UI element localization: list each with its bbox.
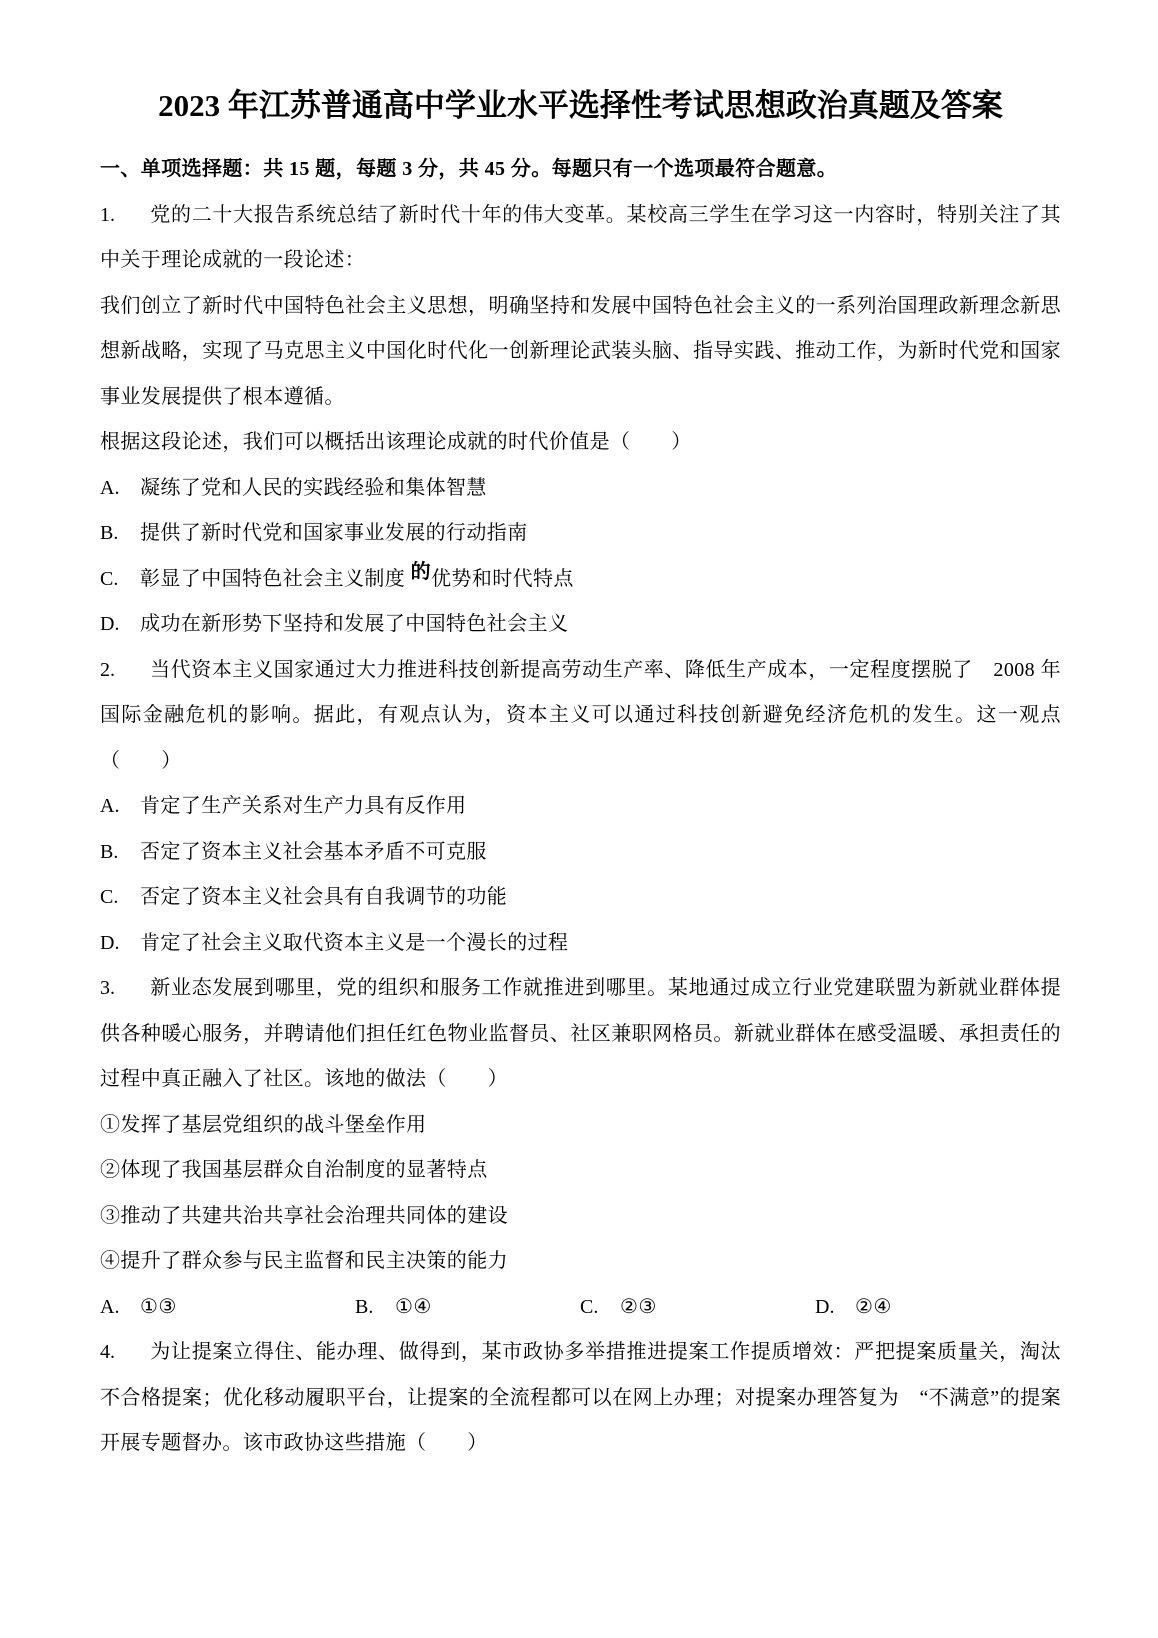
option-label: C. — [100, 557, 140, 603]
question-3-stem: 3.新业态发展到哪里，党的组织和服务工作就推进到哪里。某地通过成立行业党建联盟为… — [100, 966, 1061, 1103]
question-1-number: 1. — [100, 193, 150, 239]
choice-label: B. — [355, 1285, 395, 1331]
section-heading: 一、单项选择题：共 15 题，每题 3 分，共 45 分。每题只有一个选项最符合… — [100, 147, 1061, 193]
question-1-stem: 1.党的二十大报告系统总结了新时代十年的伟大变革。某校高三学生在学习这一内容时，… — [100, 193, 1061, 284]
option-label: D. — [100, 602, 140, 648]
question-3-item-4: ④提升了群众参与民主监督和民主决策的能力 — [100, 1239, 1061, 1285]
option-label: B. — [100, 830, 140, 876]
option-text: 成功在新形势下坚持和发展了中国特色社会主义 — [140, 613, 568, 635]
option-label: D. — [100, 921, 140, 967]
question-4-stem: 4.为让提案立得住、能办理、做得到，某市政协多举措推进提案工作提质增效：严把提案… — [100, 1330, 1061, 1467]
option-text-emphasis: 的 — [411, 561, 431, 583]
question-3-item-3: ③推动了共建共治共享社会治理共同体的建设 — [100, 1194, 1061, 1240]
choice-d: D.②④ — [815, 1285, 892, 1331]
choice-b: B.①④ — [355, 1285, 580, 1331]
choice-value: ①③ — [140, 1296, 177, 1318]
option-text: 否定了资本主义社会基本矛盾不可克服 — [140, 841, 487, 863]
choice-value: ②④ — [855, 1296, 892, 1318]
choice-label: C. — [580, 1285, 620, 1331]
question-1-stem-text: 党的二十大报告系统总结了新时代十年的伟大变革。某校高三学生在学习这一内容时，特别… — [100, 204, 1061, 272]
option-label: A. — [100, 466, 140, 512]
question-2-number: 2. — [100, 648, 150, 694]
question-4-stem-text: 为让提案立得住、能办理、做得到，某市政协多举措推进提案工作提质增效：严把提案质量… — [100, 1341, 1061, 1454]
question-2-option-d: D.肯定了社会主义取代资本主义是一个漫长的过程 — [100, 921, 1061, 967]
option-label: A. — [100, 784, 140, 830]
option-text-before: 彰显了中国特色社会主义制度 — [140, 568, 411, 590]
question-2-option-b: B.否定了资本主义社会基本矛盾不可克服 — [100, 830, 1061, 876]
option-text: 提供了新时代党和国家事业发展的行动指南 — [140, 522, 528, 544]
question-2-option-c: C.否定了资本主义社会具有自我调节的功能 — [100, 875, 1061, 921]
option-text-after: 优势和时代特点 — [431, 568, 574, 590]
option-text: 凝练了党和人民的实践经验和集体智慧 — [140, 477, 487, 499]
question-2-stem: 2.当代资本主义国家通过大力推进科技创新提高劳动生产率、降低生产成本，一定程度摆… — [100, 648, 1061, 785]
option-text: 肯定了生产关系对生产力具有反作用 — [140, 795, 466, 817]
option-label: C. — [100, 875, 140, 921]
question-1-option-a: A.凝练了党和人民的实践经验和集体智慧 — [100, 466, 1061, 512]
question-2-option-a: A.肯定了生产关系对生产力具有反作用 — [100, 784, 1061, 830]
choice-value: ②③ — [620, 1296, 657, 1318]
question-3-item-1: ①发挥了基层党组织的战斗堡垒作用 — [100, 1103, 1061, 1149]
choice-a: A.①③ — [100, 1285, 355, 1331]
exam-document-page: 2023 年江苏普通高中学业水平选择性考试思想政治真题及答案 一、单项选择题：共… — [0, 0, 1158, 1638]
choice-value: ①④ — [395, 1296, 432, 1318]
question-2-stem-text: 当代资本主义国家通过大力推进科技创新提高劳动生产率、降低生产成本，一定程度摆脱了… — [100, 659, 1061, 772]
question-1-option-d: D.成功在新形势下坚持和发展了中国特色社会主义 — [100, 602, 1061, 648]
question-1-quote: 我们创立了新时代中国特色社会主义思想，明确坚持和发展中国特色社会主义的一系列治国… — [100, 284, 1061, 421]
page-title: 2023 年江苏普通高中学业水平选择性考试思想政治真题及答案 — [100, 86, 1061, 126]
question-1-option-b: B.提供了新时代党和国家事业发展的行动指南 — [100, 511, 1061, 557]
question-1-prompt: 根据这段论述，我们可以概括出该理论成就的时代价值是（ ） — [100, 420, 1061, 466]
choice-c: C.②③ — [580, 1285, 815, 1331]
option-text: 肯定了社会主义取代资本主义是一个漫长的过程 — [140, 932, 568, 954]
question-3-stem-text: 新业态发展到哪里，党的组织和服务工作就推进到哪里。某地通过成立行业党建联盟为新就… — [100, 977, 1061, 1090]
question-3-number: 3. — [100, 966, 150, 1012]
question-4-number: 4. — [100, 1330, 150, 1376]
option-label: B. — [100, 511, 140, 557]
choice-label: A. — [100, 1285, 140, 1331]
question-3-item-2: ②体现了我国基层群众自治制度的显著特点 — [100, 1148, 1061, 1194]
question-1-option-c: C.彰显了中国特色社会主义制度 的优势和时代特点 — [100, 557, 1061, 603]
choice-label: D. — [815, 1285, 855, 1331]
option-text: 否定了资本主义社会具有自我调节的功能 — [140, 886, 507, 908]
question-3-choices-row: A.①③B.①④C.②③D.②④ — [100, 1285, 1061, 1331]
